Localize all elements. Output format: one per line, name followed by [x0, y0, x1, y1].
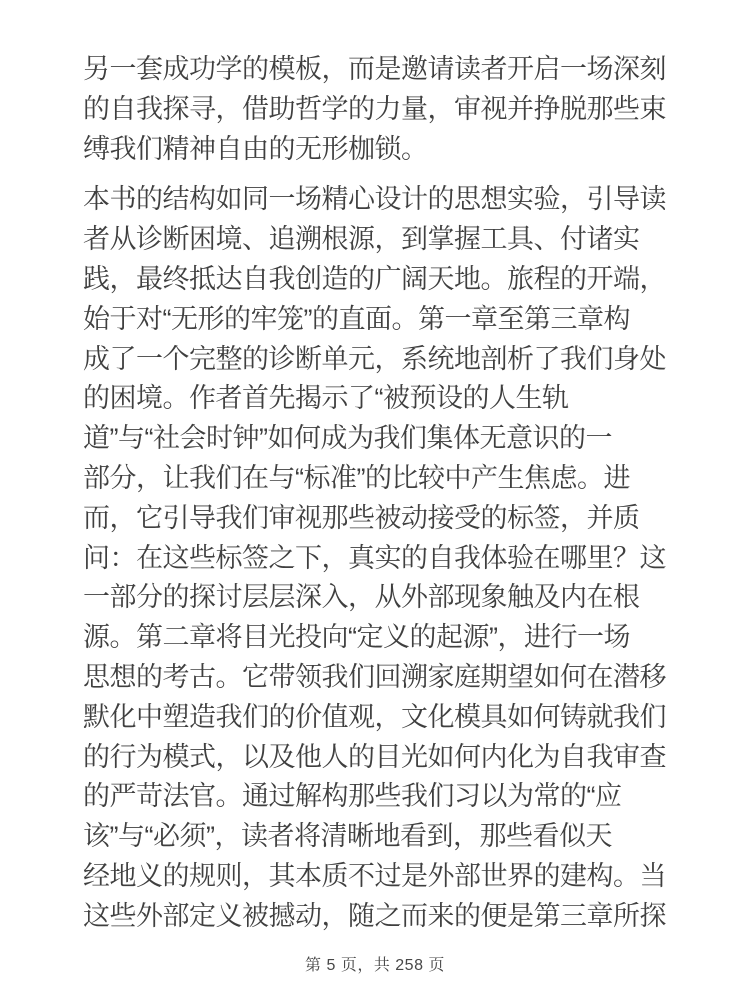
body-text: 另一套成功学的模板，而是邀请读者开启一场深刻 的自我探寻，借助哲学的力量，审视并…: [83, 50, 683, 937]
text-line: 另一套成功学的模板，而是邀请读者开启一场深刻: [83, 50, 683, 90]
page-number-footer: 第 5 页，共 258 页: [0, 952, 750, 975]
text-line: 者从诊断困境、追溯根源，到掌握工具、付诸实: [83, 220, 683, 260]
text-line: 问：在这些标签之下，真实的自我体验在哪里？这: [83, 539, 683, 579]
text-line: 而，它引导我们审视那些被动接受的标签，并质: [83, 499, 683, 539]
text-line: 一部分的探讨层层深入，从外部现象触及内在根: [83, 578, 683, 618]
paragraph: 另一套成功学的模板，而是邀请读者开启一场深刻 的自我探寻，借助哲学的力量，审视并…: [83, 50, 683, 169]
text-line: 这些外部定义被撼动，随之而来的便是第三章所探: [83, 897, 683, 937]
text-line: 始于对“无形的牢笼”的直面。第一章至第三章构: [83, 300, 683, 340]
text-line: 源。第二章将目光投向“定义的起源”，进行一场: [83, 618, 683, 658]
text-line: 部分，让我们在与“标准”的比较中产生焦虑。进: [83, 459, 683, 499]
text-line: 本书的结构如同一场精心设计的思想实验，引导读: [83, 180, 683, 220]
paragraph: 本书的结构如同一场精心设计的思想实验，引导读 者从诊断困境、追溯根源，到掌握工具…: [83, 180, 683, 936]
text-line: 践，最终抵达自我创造的广阔天地。旅程的开端，: [83, 260, 683, 300]
text-line: 的困境。作者首先揭示了“被预设的人生轨: [83, 379, 683, 419]
text-line: 默化中塑造我们的价值观，文化模具如何铸就我们: [83, 698, 683, 738]
text-line: 的行为模式，以及他人的目光如何内化为自我审查: [83, 738, 683, 778]
text-line: 成了一个完整的诊断单元，系统地剖析了我们身处: [83, 340, 683, 380]
text-line: 的自我探寻，借助哲学的力量，审视并挣脱那些束: [83, 90, 683, 130]
text-line: 道”与“社会时钟”如何成为我们集体无意识的一: [83, 419, 683, 459]
text-line: 思想的考古。它带领我们回溯家庭期望如何在潜移: [83, 658, 683, 698]
document-page: 另一套成功学的模板，而是邀请读者开启一场深刻 的自我探寻，借助哲学的力量，审视并…: [0, 0, 750, 1000]
text-line: 的严苛法官。通过解构那些我们习以为常的“应: [83, 777, 683, 817]
text-line: 该”与“必须”，读者将清晰地看到，那些看似天: [83, 817, 683, 857]
text-line: 缚我们精神自由的无形枷锁。: [83, 130, 683, 170]
text-line: 经地义的规则，其本质不过是外部世界的建构。当: [83, 857, 683, 897]
